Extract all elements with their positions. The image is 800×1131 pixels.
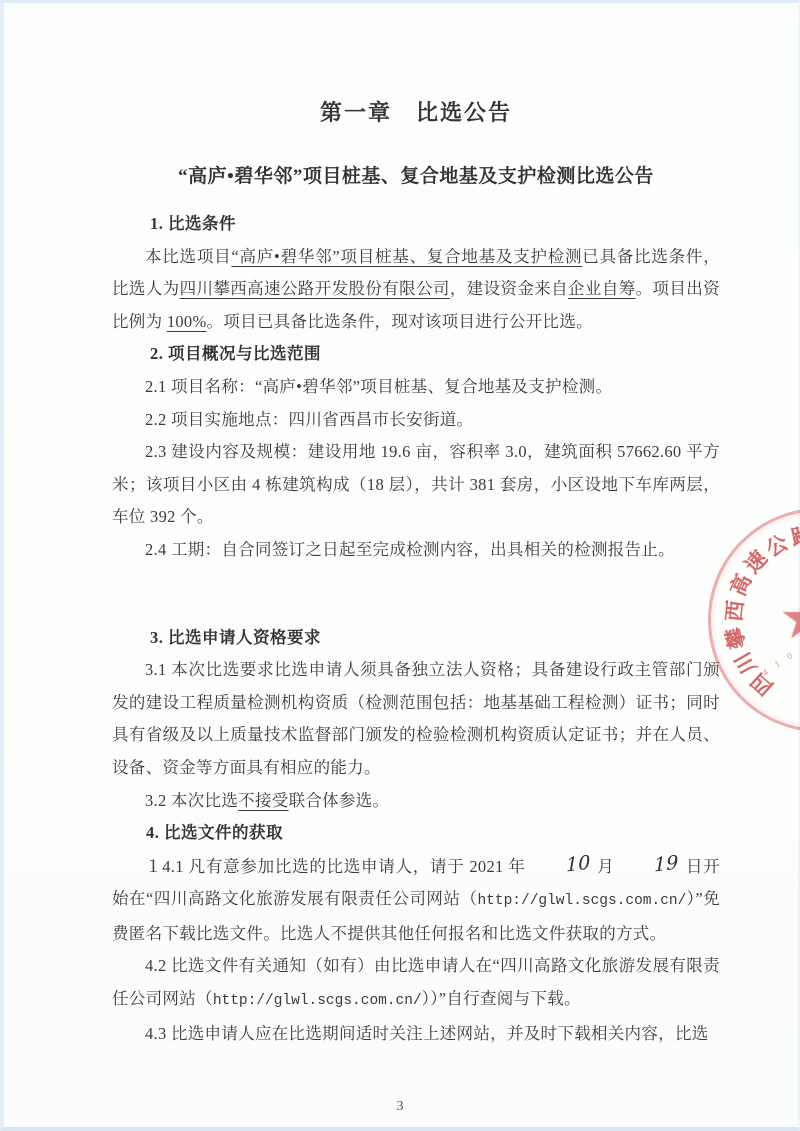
seal-character: 公 — [761, 530, 794, 563]
section-3-1-paragraph: 3.1 本次比选要求比选申请人须具备独立法人资格；具备建设行政主管部门颁发的建设… — [112, 654, 720, 784]
seal-character: 攀 — [722, 624, 750, 652]
underlined-company-name: 四川攀西高速公路开发股份有限公司 — [180, 279, 450, 298]
chapter-title: 第一章 比选公告 — [112, 96, 720, 130]
text-run: ，建设资金来自 — [450, 279, 568, 298]
section-3-2-paragraph: 3.2 本次比选不接受联合体参选。 — [112, 785, 720, 818]
text-run: 月 — [592, 857, 619, 876]
seal-character: 西 — [722, 598, 748, 624]
seal-ring — [708, 508, 800, 732]
document-body: 第一章 比选公告 “高庐•碧华邻”项目桩基、复合地基及支护检测比选公告 1. 比… — [112, 0, 720, 1050]
website-url: http://glwl.scgs.com.cn/ — [477, 893, 686, 909]
text-run: 本比选项目 — [145, 247, 231, 266]
section-2-4-paragraph: 2.4 工期：自合同签订之日起至完成检测内容，出具相关的检测报告止。 — [112, 534, 720, 567]
announcement-title: “高庐•碧华邻”项目桩基、复合地基及支护检测比选公告 — [112, 162, 720, 192]
underlined-project-name: “高庐•碧华邻”项目桩基、复合地基及支护检测 — [231, 247, 582, 266]
section-4-2-paragraph: 4.2 比选文件有关通知（如有）由比选申请人在“四川高路文化旅游发展有限责任公司… — [112, 950, 720, 1017]
section-4-3-paragraph: 4.3 比选申请人应在比选期间适时关注上述网站，并及时下载相关内容，比选 — [112, 1018, 720, 1051]
section-4-heading: 4. 比选文件的获取 — [112, 817, 720, 850]
seal-character: 高 — [725, 569, 757, 601]
seal-star-icon: ★ — [779, 584, 800, 652]
underlined-percentage: 100% — [167, 312, 207, 331]
underlined-not-accept: 不接受 — [238, 791, 288, 810]
section-2-1-paragraph: 2.1 项目名称：“高庐•碧华邻”项目桩基、复合地基及支护检测。 — [112, 371, 720, 404]
text-run: ））”自行查阅与下载。 — [422, 989, 581, 1008]
text-run: 3.2 本次比选 — [145, 791, 238, 810]
handwritten-day: 19 — [619, 846, 681, 886]
section-3-heading: 3. 比选申请人资格要求 — [112, 622, 720, 655]
text-run: 联合体参选。 — [289, 791, 390, 810]
handwritten-month: 10 — [530, 846, 592, 886]
underlined-funding-source: 企业自筹 — [568, 279, 636, 298]
website-url: http://glwl.scgs.com.cn/ — [213, 993, 422, 1009]
seal-serial-number: 4 1 0 — [760, 648, 797, 678]
section-1-heading: 1. 比选条件 — [112, 208, 720, 241]
section-2-3-paragraph: 2.3 建设内容及规模：建设用地 19.6 亩，容积率 3.0，建筑面积 576… — [112, 436, 720, 534]
scanned-document-page: 第一章 比选公告 “高庐•碧华邻”项目桩基、复合地基及支护检测比选公告 1. 比… — [0, 0, 800, 1131]
section-2-heading: 2. 项目概况与比选范围 — [112, 338, 720, 371]
section-1-paragraph: 本比选项目“高庐•碧华邻”项目桩基、复合地基及支护检测已具备比选条件，比选人为四… — [112, 241, 720, 339]
page-number: 3 — [0, 1099, 800, 1115]
seal-character: 四 — [745, 667, 779, 701]
text-run: 。项目已具备比选条件，现对该项目进行公开比选。 — [207, 312, 593, 331]
seal-character: 速 — [739, 545, 773, 579]
seal-character: 路 — [788, 522, 800, 550]
text-run: １4.1 凡有意参加比选的比选申请人，请于 2021 年 — [145, 857, 531, 876]
section-2-2-paragraph: 2.2 项目实施地点：四川省西昌市长安街道。 — [112, 404, 720, 437]
section-4-1-paragraph: １4.1 凡有意参加比选的比选申请人，请于 2021 年 10 月 19 日开始… — [112, 850, 720, 951]
seal-character: 川 — [730, 647, 763, 680]
